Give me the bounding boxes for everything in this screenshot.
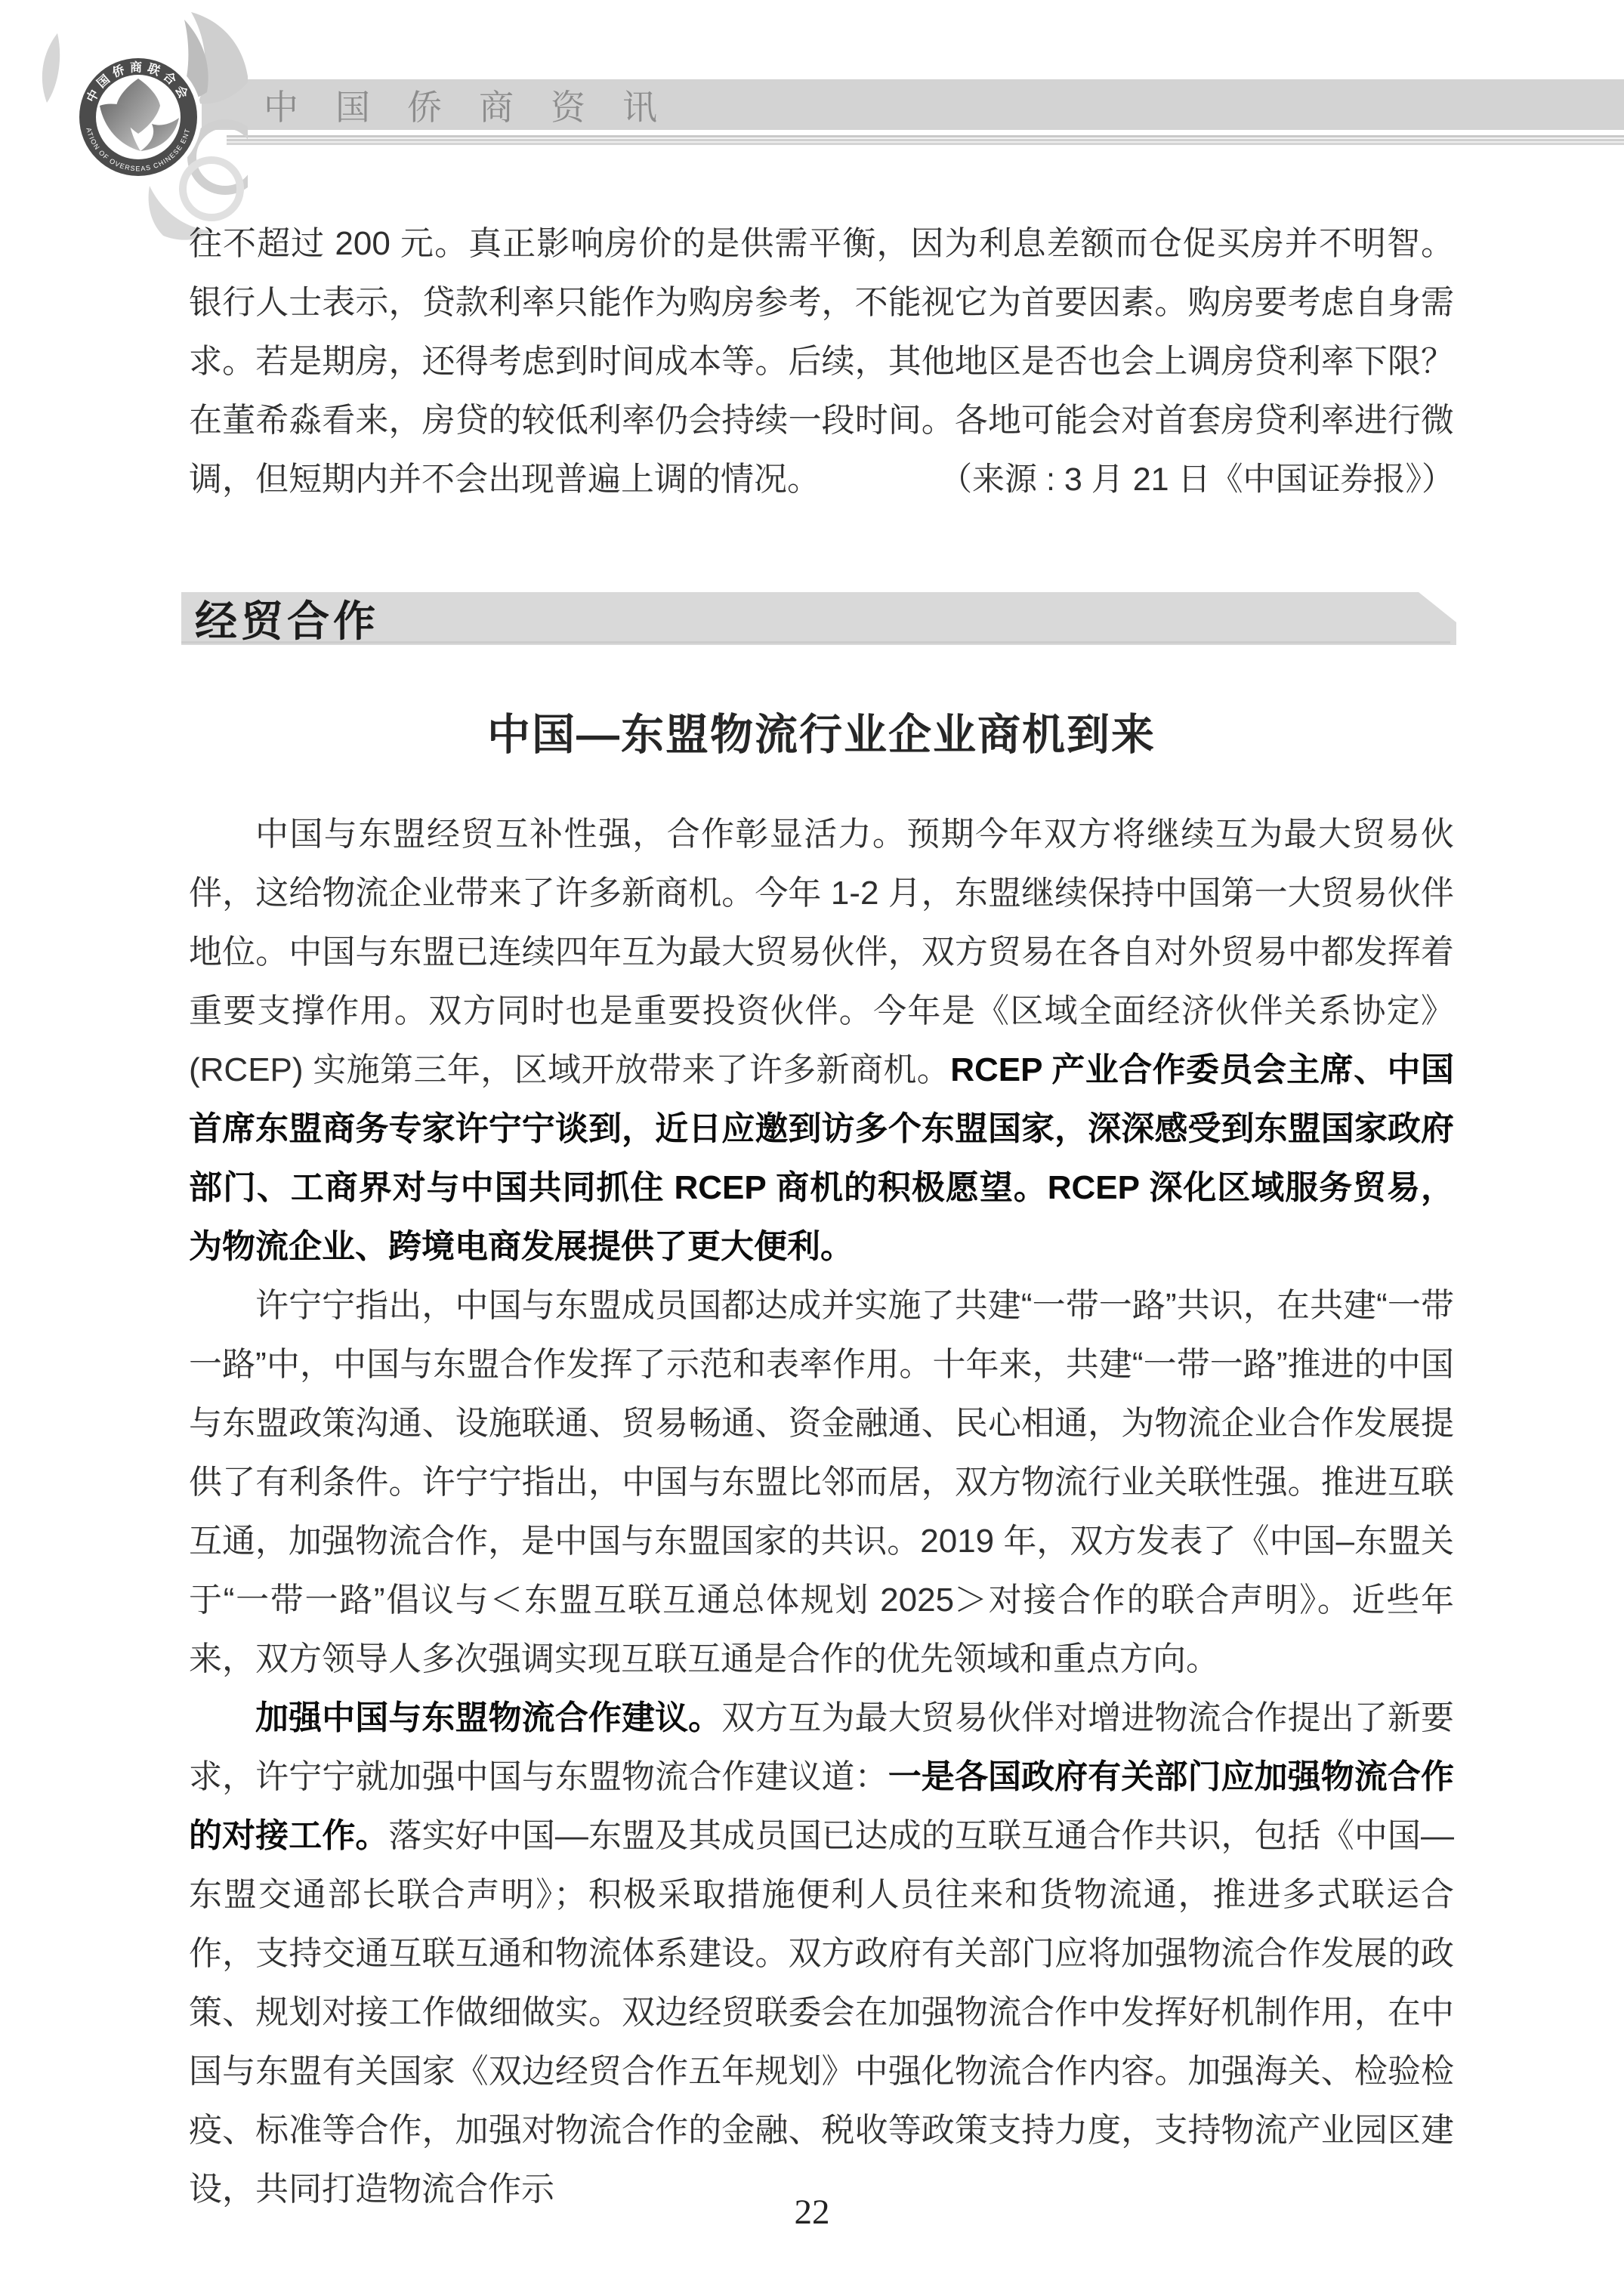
lead-article: 往不超过 200 元。真正影响房价的是供需平衡，因为利息差额而仓促买房并不明智。… [189, 214, 1454, 509]
page-content: 往不超过 200 元。真正影响房价的是供需平衡，因为利息差额而仓促买房并不明智。… [189, 0, 1454, 2219]
section-title: 经贸合作 [195, 588, 379, 649]
source-line: （来源 : 3 月 21 日《中国证券报》） [940, 450, 1454, 509]
article-paragraph-3: 加强中国与东盟物流合作建议。双方互为最大贸易伙伴对增进物流合作提出了新要求，许宁… [189, 1689, 1454, 2219]
page-number: 22 [0, 2192, 1624, 2233]
article-paragraph-1: 中国与东盟经贸互补性强，合作彰显活力。预期今年双方将继续互为最大贸易伙伴，这给物… [189, 805, 1454, 1276]
section-header-bar: 经贸合作 [181, 592, 1456, 645]
article-paragraph-2: 许宁宁指出，中国与东盟成员国都达成并实施了共建“一带一路”共识，在共建“一带一路… [189, 1276, 1454, 1689]
article-title: 中国—东盟物流行业企业商机到来 [189, 708, 1454, 761]
newsletter-page: 中国侨商资讯 [0, 0, 1624, 2293]
petal-swoosh-icon [42, 33, 60, 103]
